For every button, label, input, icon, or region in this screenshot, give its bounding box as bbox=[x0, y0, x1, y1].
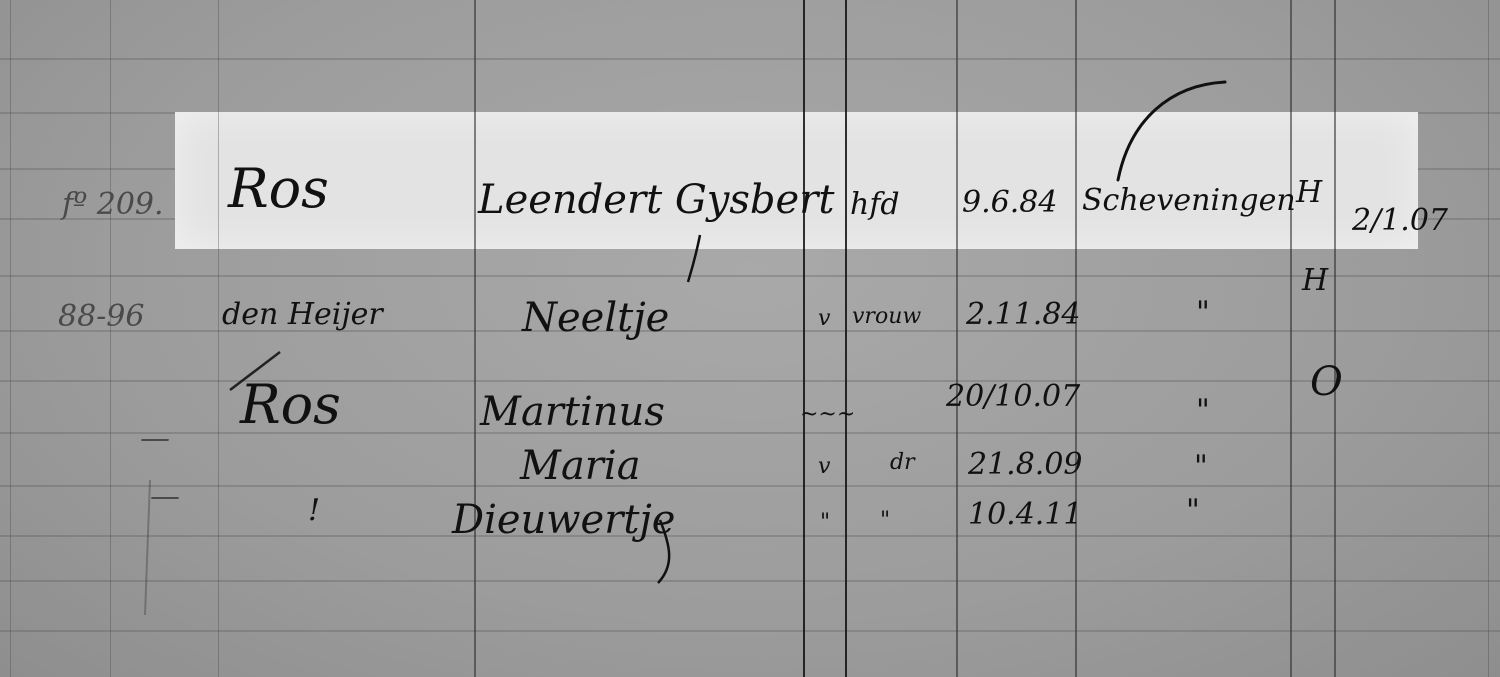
birthplace-cell: Scheveningen bbox=[1082, 186, 1296, 216]
birthplace-cell: " bbox=[1194, 452, 1208, 482]
ledger-page: fº 209. 88-96 — — Ros Leendert Gysbert h… bbox=[0, 0, 1500, 677]
column-line bbox=[1488, 0, 1489, 677]
surname-cell: ! bbox=[308, 496, 320, 526]
ruled-line bbox=[0, 580, 1500, 582]
birth-date-cell: 20/10.07 bbox=[946, 382, 1080, 412]
given-names-cell: Leendert Gysbert bbox=[478, 180, 834, 220]
folio-note: fº 209. bbox=[62, 190, 164, 220]
given-names-cell: Martinus bbox=[480, 392, 665, 432]
ruled-line bbox=[0, 485, 1500, 487]
religion-cell: H bbox=[1296, 178, 1322, 208]
birth-date-cell: 10.4.11 bbox=[968, 500, 1083, 530]
ruled-line bbox=[0, 275, 1500, 277]
relation-cell: vrouw bbox=[852, 306, 921, 328]
column-line bbox=[10, 0, 11, 677]
religion-cell: O bbox=[1310, 362, 1343, 402]
scheveningen-flourish bbox=[0, 0, 1500, 677]
given-names-cell: Dieuwertje bbox=[452, 500, 675, 540]
relation-cell: " bbox=[880, 510, 890, 532]
date-note-cell: 2/1.07 bbox=[1352, 206, 1448, 236]
ruled-line bbox=[0, 58, 1500, 60]
relation-cell: ~~~ bbox=[800, 404, 855, 426]
column-line bbox=[474, 0, 476, 677]
column-line bbox=[1290, 0, 1292, 677]
religion-cell: H bbox=[1302, 266, 1328, 296]
column-line bbox=[956, 0, 958, 677]
relation-mark-cell: " bbox=[820, 512, 830, 534]
birthplace-cell: " bbox=[1196, 396, 1210, 426]
column-line bbox=[803, 0, 805, 677]
surname-cell: Ros bbox=[228, 162, 329, 216]
column-line bbox=[1075, 0, 1077, 677]
ruled-line bbox=[0, 380, 1500, 382]
dash-mark: — bbox=[150, 482, 180, 512]
ruled-line bbox=[0, 630, 1500, 632]
reference-note: 88-96 bbox=[58, 302, 144, 332]
surname-cell: den Heijer bbox=[222, 300, 383, 330]
column-line bbox=[1334, 0, 1336, 677]
surname-cell: Ros bbox=[240, 378, 341, 432]
birthplace-cell: " bbox=[1186, 496, 1200, 526]
relation-mark-cell: v bbox=[818, 456, 830, 478]
column-line bbox=[845, 0, 847, 677]
given-names-cell: Maria bbox=[520, 446, 641, 486]
birthplace-cell: " bbox=[1196, 298, 1210, 328]
relation-cell: hfd bbox=[850, 190, 900, 220]
ruled-line bbox=[0, 432, 1500, 434]
dash-mark: — bbox=[140, 424, 170, 454]
ruled-line bbox=[0, 535, 1500, 537]
relation-cell: dr bbox=[890, 452, 915, 474]
column-line bbox=[218, 0, 219, 677]
birth-date-cell: 2.11.84 bbox=[966, 300, 1081, 330]
relation-mark-cell: v bbox=[818, 308, 830, 330]
birth-date-cell: 9.6.84 bbox=[962, 188, 1057, 218]
given-names-cell: Neeltje bbox=[522, 298, 669, 338]
column-line bbox=[110, 0, 111, 677]
birth-date-cell: 21.8.09 bbox=[968, 450, 1083, 480]
